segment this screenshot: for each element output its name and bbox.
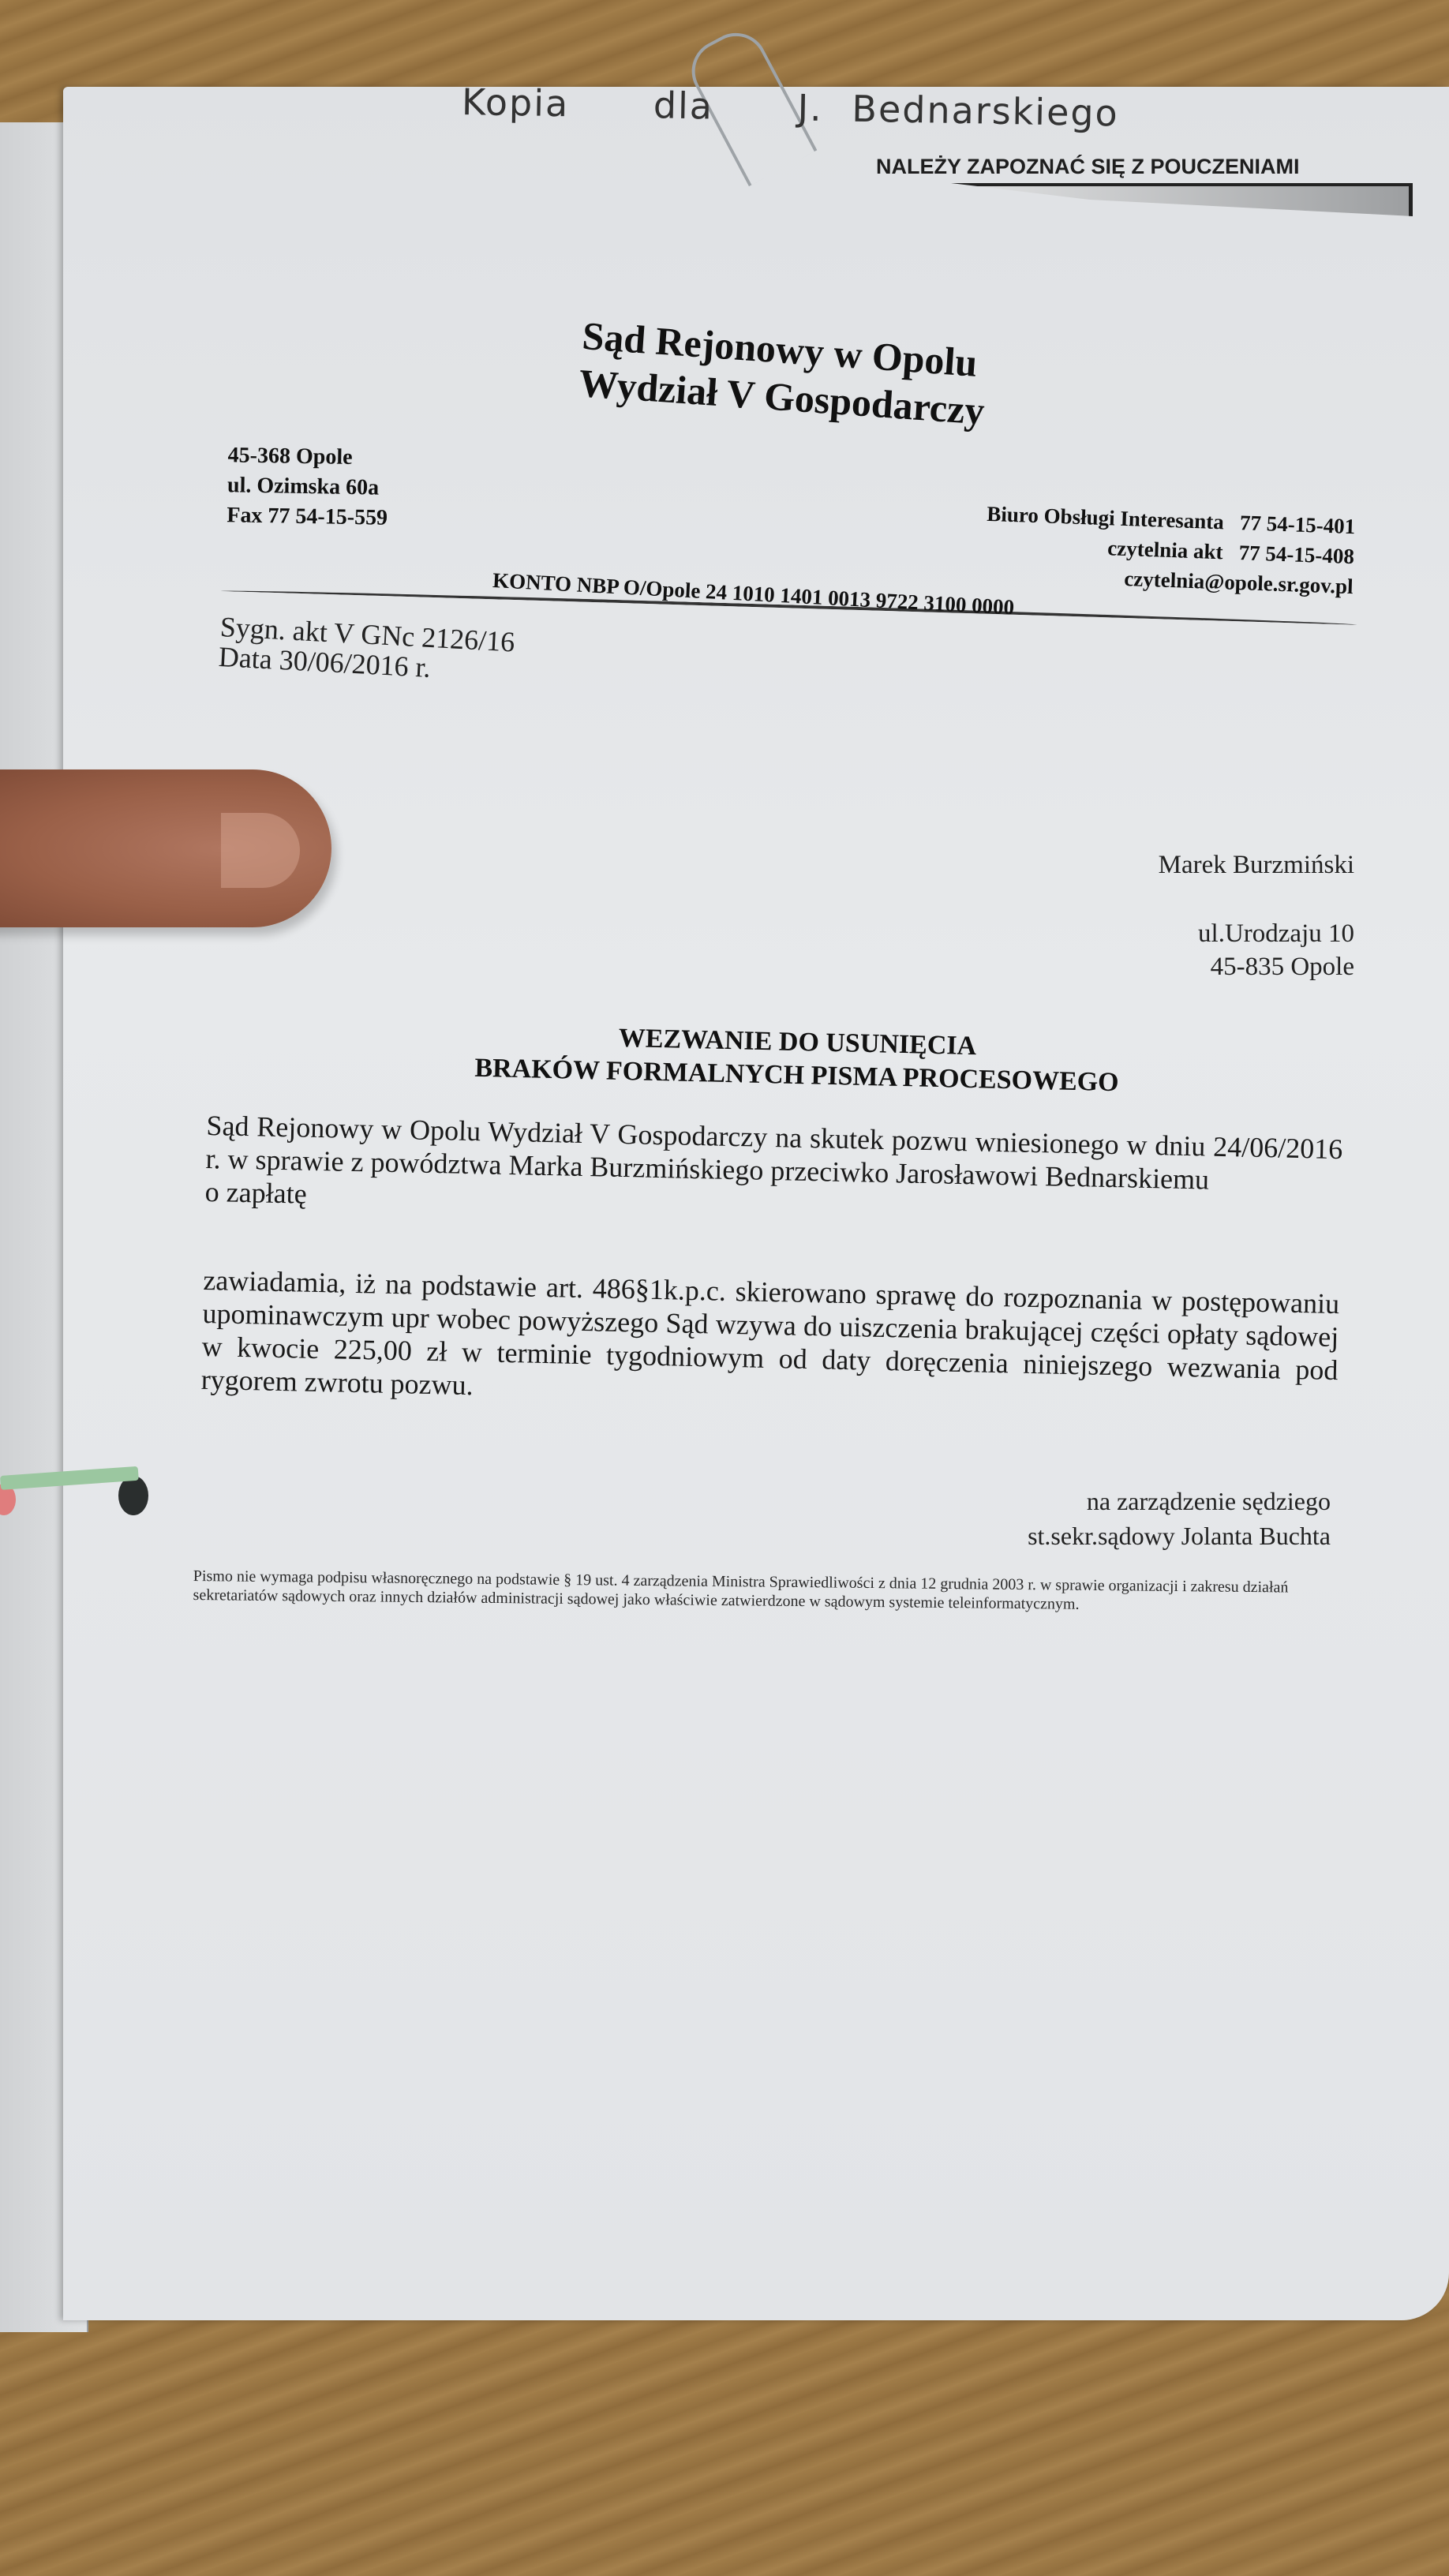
court-address: 45-368 Opole ul. Ozimska 60a Fax 77 54-1… bbox=[227, 440, 389, 534]
recipient-city: 45-835 Opole bbox=[1159, 950, 1354, 983]
signature-block: na zarządzenie sędziego st.sekr.sądowy J… bbox=[1028, 1484, 1331, 1553]
court-address-line: 45-368 Opole bbox=[227, 440, 388, 474]
recipient-name: Marek Burzmiński bbox=[1159, 848, 1354, 882]
signature-line: na zarządzenie sędziego bbox=[1028, 1484, 1331, 1518]
contact-label: Biuro Obsługi Interesanta bbox=[987, 502, 1224, 534]
header-notice: NALEŻY ZAPOZNAĆ SIĘ Z POUCZENIAMI bbox=[876, 155, 1300, 179]
contact-value: 77 54-15-408 bbox=[1238, 541, 1354, 568]
punch-hole bbox=[118, 1476, 148, 1515]
court-contacts: Biuro Obsługi Interesanta 77 54-15-401 c… bbox=[984, 499, 1356, 601]
court-fax: Fax 77 54-15-559 bbox=[227, 500, 388, 534]
finger-holding-page bbox=[0, 769, 331, 927]
recipient-block: Marek Burzmiński ul.Urodzaju 10 45-835 O… bbox=[1159, 848, 1354, 983]
body-paragraph: zawiadamia, iż na podstawie art. 486§1k.… bbox=[200, 1264, 1339, 1420]
fingernail bbox=[221, 813, 300, 888]
contact-label: czytelnia akt bbox=[1107, 536, 1223, 563]
handwritten-word: Bednarskiego bbox=[852, 88, 1119, 135]
handwritten-word: dla bbox=[653, 84, 713, 127]
letter-body: Sąd Rejonowy w Opolu Wydział V Gospodarc… bbox=[200, 1109, 1343, 1475]
court-address-line: ul. Ozimska 60a bbox=[227, 470, 388, 504]
handwritten-word: J. bbox=[797, 86, 823, 129]
contact-value: 77 54-15-401 bbox=[1240, 511, 1356, 538]
recipient-street: ul.Urodzaju 10 bbox=[1159, 917, 1354, 950]
handwritten-word: Kopia bbox=[462, 80, 570, 125]
contact-email: czytelnia@opole.sr.gov.pl bbox=[1124, 567, 1354, 598]
signature-line: st.sekr.sądowy Jolanta Buchta bbox=[1028, 1518, 1331, 1553]
